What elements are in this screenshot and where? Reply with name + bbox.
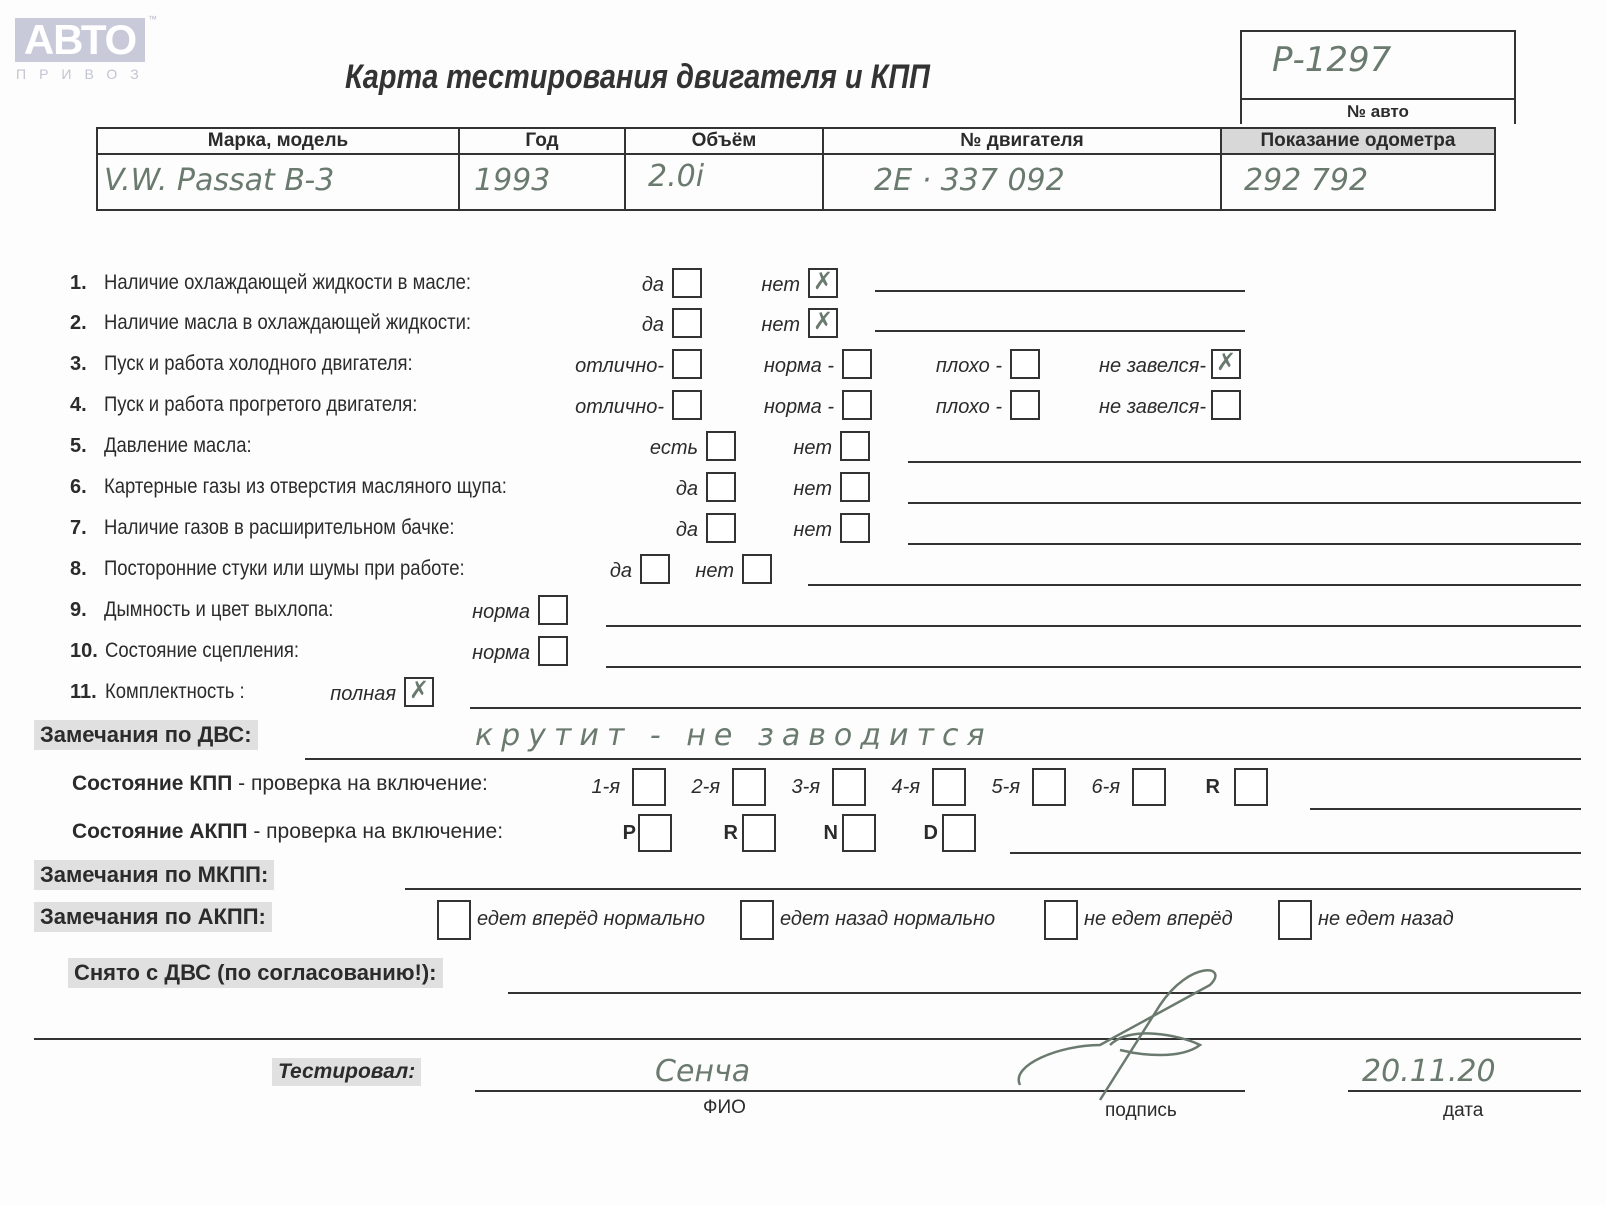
gear-label: 5-я <box>992 776 1020 799</box>
vehicle-info-table: Марка, модель Год Объём № двигателя Пока… <box>96 127 1496 211</box>
option-label: нет <box>793 478 832 501</box>
option-label: норма <box>472 642 530 665</box>
question-text: Дымность и цвет выхлопа: <box>104 598 333 622</box>
checkbox[interactable] <box>706 431 736 461</box>
question-row: 8.Посторонние стуки или шумы при работе:… <box>0 554 1606 594</box>
company-logo: АВТО <box>15 18 145 62</box>
answer-line[interactable] <box>908 543 1581 545</box>
gear-label: 2-я <box>692 776 720 799</box>
option-label: нет <box>793 437 832 460</box>
question-text: Картерные газы из отверстия масляного щу… <box>104 475 507 499</box>
signature-mark <box>1010 965 1240 1105</box>
at-remark-option-label: не едет назад <box>1318 908 1454 931</box>
gear-checkbox[interactable] <box>932 768 966 806</box>
auto-gearbox-label-bold: Состояние АКПП <box>72 820 248 843</box>
checkbox[interactable]: ✗ <box>404 677 434 707</box>
ice-remarks-label: Замечания по ДВС: <box>34 720 258 750</box>
check-mark-icon: ✗ <box>1216 348 1236 376</box>
gear-label: R <box>724 822 738 845</box>
checkbox[interactable] <box>672 268 702 298</box>
mt-remarks-label: Замечания по МКПП: <box>34 860 274 890</box>
answer-line[interactable] <box>470 707 1581 709</box>
question-text: Пуск и работа прогретого двигателя: <box>104 393 417 417</box>
gear-checkbox[interactable] <box>632 768 666 806</box>
checkbox[interactable] <box>706 472 736 502</box>
gear-checkbox[interactable] <box>732 768 766 806</box>
question-number: 8. <box>70 558 87 581</box>
auto-number-label: № авто <box>1240 98 1516 124</box>
answer-line[interactable] <box>606 666 1581 668</box>
tester-name-value[interactable]: Сенча <box>655 1054 750 1089</box>
question-number: 9. <box>70 599 87 622</box>
removed-line-2[interactable] <box>34 1038 1581 1040</box>
gear-checkbox[interactable] <box>742 814 776 852</box>
option-label: нет <box>793 519 832 542</box>
question-row: 3.Пуск и работа холодного двигателя:отли… <box>0 349 1606 389</box>
caption-signature: подпись <box>1105 1100 1177 1122</box>
option-label: да <box>676 519 698 542</box>
question-text: Посторонние стуки или шумы при работе: <box>104 557 465 581</box>
caption-name: ФИО <box>703 1097 746 1119</box>
check-mark-icon: ✗ <box>813 267 833 295</box>
checkbox[interactable] <box>672 349 702 379</box>
question-number: 2. <box>70 312 87 335</box>
answer-line[interactable] <box>606 625 1581 627</box>
checkbox[interactable]: ✗ <box>808 308 838 338</box>
question-number: 6. <box>70 476 87 499</box>
at-remark-option-label: едет вперёд нормально <box>477 908 705 931</box>
manual-gearbox-label-bold: Состояние КПП <box>72 772 232 795</box>
ice-remarks-line <box>305 758 1581 760</box>
at-remark-checkbox[interactable] <box>437 900 471 940</box>
question-text: Наличие охлаждающей жидкости в масле: <box>104 271 471 295</box>
gear-label: D <box>924 822 938 845</box>
option-label: норма <box>472 601 530 624</box>
question-row: 5.Давление масла:естьнет <box>0 431 1606 471</box>
checkbox[interactable] <box>1211 390 1241 420</box>
option-label: нет <box>761 314 800 337</box>
gear-label: 1-я <box>592 776 620 799</box>
check-mark-icon: ✗ <box>813 307 833 335</box>
question-text: Состояние сцепления: <box>105 639 299 663</box>
option-label: не завелся- <box>1099 355 1206 378</box>
question-number: 7. <box>70 517 87 540</box>
answer-line[interactable] <box>908 461 1581 463</box>
question-row: 10.Состояние сцепления:норма <box>0 636 1606 676</box>
auto-number-field[interactable]: Ρ-1297 <box>1240 30 1516 100</box>
manual-gearbox-line <box>1310 808 1581 810</box>
checkbox[interactable]: ✗ <box>1211 349 1241 379</box>
checkbox[interactable] <box>840 472 870 502</box>
option-label: отлично- <box>575 355 664 378</box>
question-row: 2.Наличие масла в охлаждающей жидкости:д… <box>0 308 1606 348</box>
question-number: 3. <box>70 353 87 376</box>
option-label: плохо - <box>936 396 1002 419</box>
at-remark-option-label: едет назад нормально <box>780 908 995 931</box>
page-title: Карта тестирования двигателя и КПП <box>345 58 930 97</box>
question-row: 7.Наличие газов в расширительном бачке:д… <box>0 513 1606 553</box>
checkbox[interactable] <box>538 636 568 666</box>
auto-gearbox-label-rest: - проверка на включение: <box>248 820 504 843</box>
test-date-value[interactable]: 20.11.20 <box>1362 1054 1496 1089</box>
ice-remarks-value[interactable]: крутит - не заводится <box>475 718 993 753</box>
volume-field[interactable]: 2.0i <box>625 154 823 210</box>
question-row: 1.Наличие охлаждающей жидкости в масле:д… <box>0 268 1606 308</box>
question-number: 4. <box>70 394 87 417</box>
gear-checkbox[interactable] <box>1032 768 1066 806</box>
checkbox[interactable] <box>672 308 702 338</box>
question-text: Пуск и работа холодного двигателя: <box>104 352 413 376</box>
gear-checkbox[interactable] <box>842 814 876 852</box>
option-label: норма - <box>764 396 834 419</box>
question-row: 9.Дымность и цвет выхлопа:норма <box>0 595 1606 635</box>
column-engine-number: № двигателя <box>823 128 1221 154</box>
odometer-field[interactable]: 292 792 <box>1221 154 1495 210</box>
removed-label: Снято с ДВС (по согласованию!): <box>68 958 443 988</box>
gear-checkbox[interactable] <box>832 768 866 806</box>
trademark-symbol: ™ <box>148 14 157 24</box>
gear-label: P <box>623 822 636 845</box>
option-label: полная <box>330 683 396 706</box>
gear-checkbox[interactable] <box>638 814 672 852</box>
question-number: 10. <box>70 640 98 663</box>
question-text: Наличие газов в расширительном бачке: <box>104 516 455 540</box>
auto-gearbox-label: Состояние АКПП - проверка на включение: <box>72 820 503 844</box>
option-label: нет <box>761 274 800 297</box>
option-label: да <box>610 560 632 583</box>
checkbox[interactable]: ✗ <box>808 268 838 298</box>
question-row: 6.Картерные газы из отверстия масляного … <box>0 472 1606 512</box>
gear-label: 3-я <box>792 776 820 799</box>
gear-label: 4-я <box>892 776 920 799</box>
year-value: 1993 <box>474 163 550 198</box>
checkbox[interactable] <box>1010 349 1040 379</box>
question-number: 1. <box>70 272 87 295</box>
answer-line[interactable] <box>875 290 1245 292</box>
checkbox[interactable] <box>842 349 872 379</box>
checkbox[interactable] <box>840 513 870 543</box>
option-label: отлично- <box>575 396 664 419</box>
manual-gearbox-label: Состояние КПП - проверка на включение: <box>72 772 488 796</box>
option-label: не завелся- <box>1099 396 1206 419</box>
check-mark-icon: ✗ <box>409 676 429 704</box>
answer-line[interactable] <box>908 502 1581 504</box>
checkbox[interactable] <box>640 554 670 584</box>
option-label: да <box>676 478 698 501</box>
option-label: норма - <box>764 355 834 378</box>
gear-checkbox[interactable] <box>1132 768 1166 806</box>
caption-date: дата <box>1443 1100 1483 1122</box>
column-volume: Объём <box>625 128 823 154</box>
checkbox[interactable] <box>706 513 736 543</box>
tested-label: Тестировал: <box>272 1058 421 1086</box>
question-number: 11. <box>70 681 97 704</box>
tested-date-line <box>1348 1090 1581 1092</box>
odometer-value: 292 792 <box>1244 163 1368 198</box>
gear-label: R <box>1206 776 1220 799</box>
engine-number-value: 2E · 337 092 <box>874 163 1065 198</box>
gear-label: N <box>824 822 838 845</box>
at-remark-checkbox[interactable] <box>1278 900 1312 940</box>
checkbox[interactable] <box>742 554 772 584</box>
option-label: плохо - <box>936 355 1002 378</box>
option-label: есть <box>650 437 698 460</box>
at-remark-option-label: не едет вперёд <box>1084 908 1233 931</box>
checkbox[interactable] <box>840 431 870 461</box>
question-text: Комплектность : <box>105 680 245 704</box>
column-odometer: Показание одометра <box>1221 128 1495 154</box>
option-label: да <box>642 314 664 337</box>
question-number: 5. <box>70 435 87 458</box>
gear-checkbox[interactable] <box>942 814 976 852</box>
make-model-value: V.W. Passat B-3 <box>104 163 334 198</box>
at-remark-checkbox[interactable] <box>1044 900 1078 940</box>
at-remarks-label: Замечания по АКПП: <box>34 902 272 932</box>
question-text: Наличие масла в охлаждающей жидкости: <box>104 311 471 335</box>
company-logo-subtitle: ПРИВОЗ <box>16 66 152 82</box>
engine-number-field[interactable]: 2E · 337 092 <box>823 154 1221 210</box>
option-label: да <box>642 274 664 297</box>
volume-value: 2.0i <box>648 159 704 194</box>
year-field[interactable]: 1993 <box>459 154 625 210</box>
checkbox[interactable] <box>1010 390 1040 420</box>
question-text: Давление масла: <box>104 434 252 458</box>
column-make-model: Марка, модель <box>97 128 459 154</box>
auto-number-value: Ρ-1297 <box>1272 40 1391 80</box>
question-row: 11.Комплектность :полная✗ <box>0 677 1606 717</box>
make-model-field[interactable]: V.W. Passat B-3 <box>97 154 459 210</box>
at-remark-checkbox[interactable] <box>740 900 774 940</box>
answer-line[interactable] <box>808 584 1581 586</box>
gear-label: 6-я <box>1092 776 1120 799</box>
checkbox[interactable] <box>672 390 702 420</box>
auto-gearbox-line <box>1010 852 1581 854</box>
answer-line[interactable] <box>875 330 1245 332</box>
option-label: нет <box>695 560 734 583</box>
gear-checkbox[interactable] <box>1234 768 1268 806</box>
question-row: 4.Пуск и работа прогретого двигателя:отл… <box>0 390 1606 430</box>
column-year: Год <box>459 128 625 154</box>
checkbox[interactable] <box>842 390 872 420</box>
mt-remarks-line[interactable] <box>405 888 1581 890</box>
checkbox[interactable] <box>538 595 568 625</box>
manual-gearbox-label-rest: - проверка на включение: <box>232 772 488 795</box>
